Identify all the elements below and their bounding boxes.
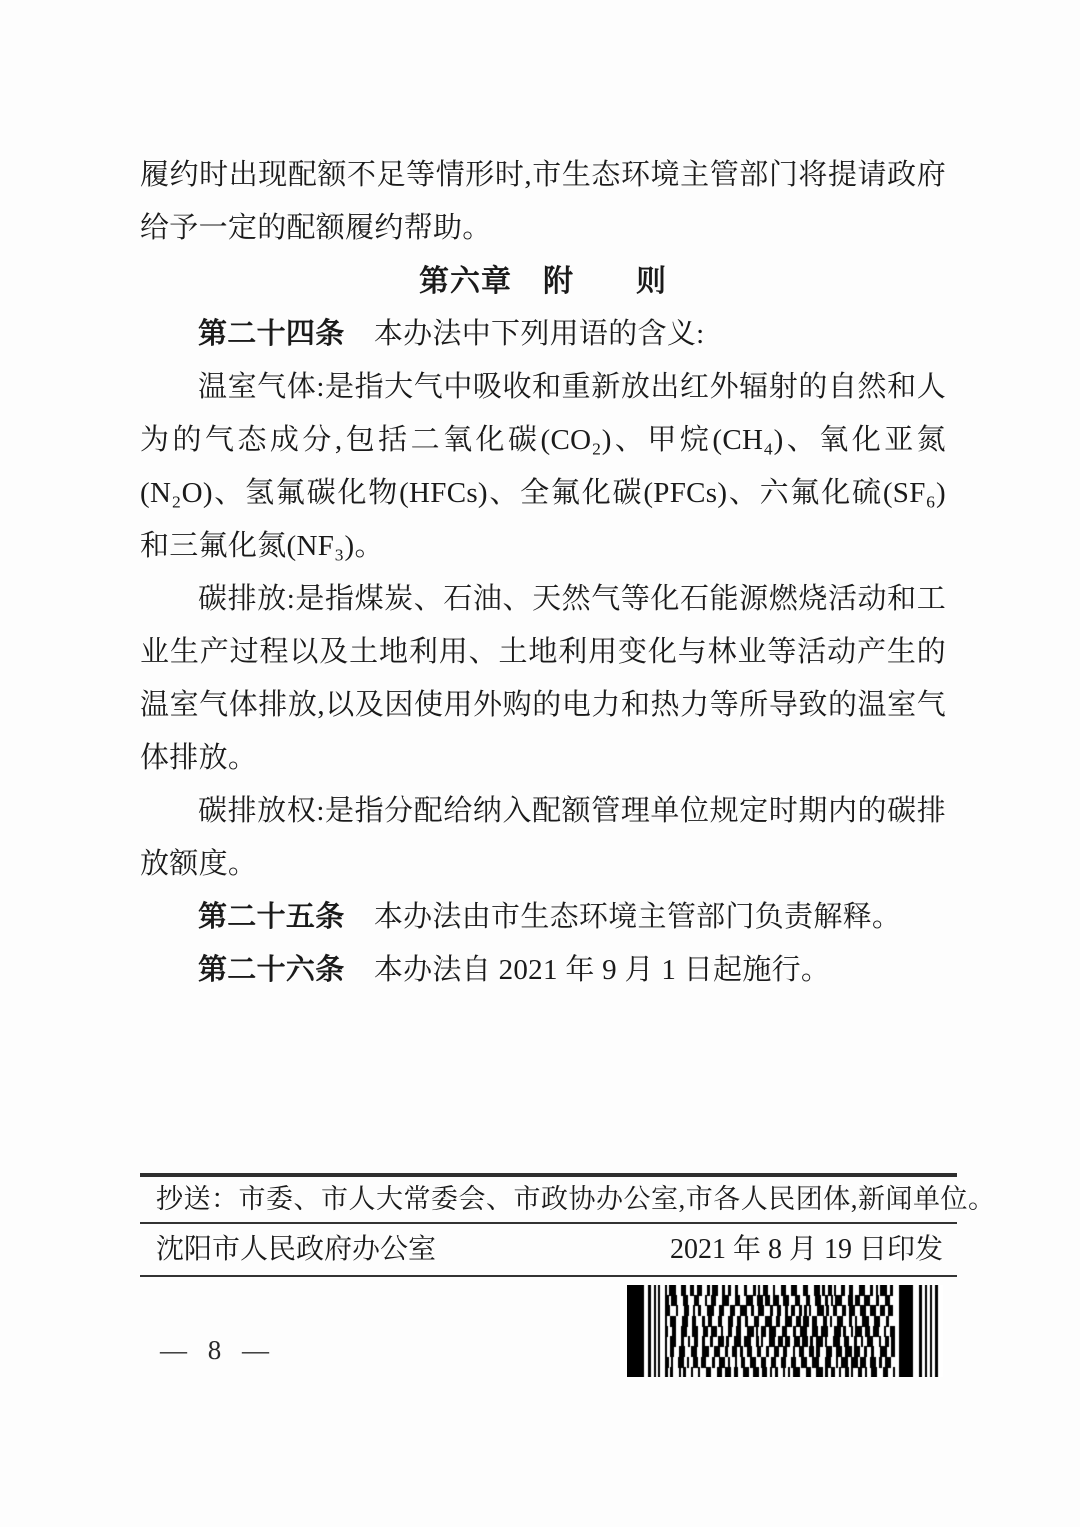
article-24-text: 本办法中下列用语的含义: bbox=[345, 318, 705, 350]
paragraph-article-26: 第二十六条 本办法自 2021 年 9 月 1 日起施行。 bbox=[140, 944, 946, 997]
article-25-number: 第二十五条 bbox=[198, 901, 345, 933]
paragraph-article-25: 第二十五条 本办法由市生态环境主管部门负责解释。 bbox=[140, 891, 946, 944]
issuing-office: 沈阳市人民政府办公室 bbox=[156, 1224, 436, 1275]
article-26-text: 本办法自 2021 年 9 月 1 日起施行。 bbox=[345, 954, 831, 986]
paragraph-definition-carbon-emission: 碳排放:是指煤炭、石油、天然气等化石能源燃烧活动和工业生产过程以及土地利用、土地… bbox=[140, 573, 946, 785]
article-25-text: 本办法由市生态环境主管部门负责解释。 bbox=[345, 901, 902, 933]
issuer-row: 沈阳市人民政府办公室 2021 年 8 月 19 日印发 bbox=[140, 1224, 957, 1275]
paragraph-article-24: 第二十四条 本办法中下列用语的含义: bbox=[140, 308, 946, 361]
paragraph-definition-greenhouse-gas: 温室气体:是指大气中吸收和重新放出红外辐射的自然和人为的气态成分,包括二氧化碳(… bbox=[140, 361, 946, 573]
pdf417-barcode bbox=[627, 1285, 943, 1377]
article-24-number: 第二十四条 bbox=[198, 318, 345, 350]
article-26-number: 第二十六条 bbox=[198, 954, 345, 986]
document-page: 履约时出现配额不足等情形时,市生态环境主管部门将提请政府给予一定的配额履约帮助。… bbox=[0, 0, 1080, 1527]
print-date: 2021 年 8 月 19 日印发 bbox=[670, 1224, 943, 1275]
document-footer: 抄送：市委、市人大常委会、市政协办公室,市各人民团体,新闻单位。 沈阳市人民政府… bbox=[140, 1173, 957, 1277]
page-number: — 8 — bbox=[160, 1335, 276, 1366]
document-body: 履约时出现配额不足等情形时,市生态环境主管部门将提请政府给予一定的配额履约帮助。… bbox=[140, 149, 946, 997]
paragraph-continuation: 履约时出现配额不足等情形时,市生态环境主管部门将提请政府给予一定的配额履约帮助。 bbox=[140, 149, 946, 255]
cc-line: 抄送：市委、市人大常委会、市政协办公室,市各人民团体,新闻单位。 bbox=[140, 1177, 957, 1222]
paragraph-definition-carbon-emission-right: 碳排放权:是指分配给纳入配额管理单位规定时期内的碳排放额度。 bbox=[140, 785, 946, 891]
footer-bottom-rule bbox=[140, 1275, 957, 1277]
chapter-heading: 第六章 附 则 bbox=[140, 255, 946, 308]
